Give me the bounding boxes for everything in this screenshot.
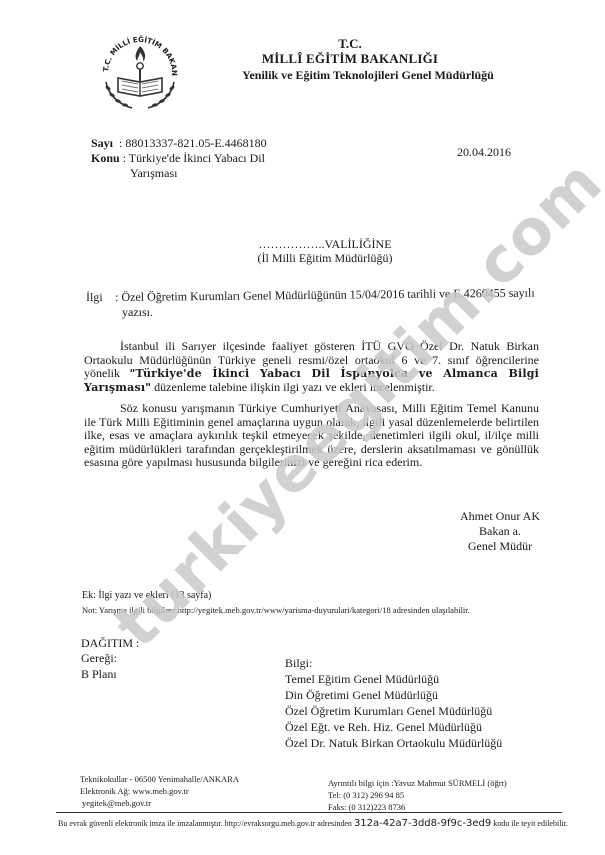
konu-label: Konu — [91, 151, 120, 165]
footer-website: Elektronik Ağ: www.meb.gov.tr — [80, 786, 189, 797]
letterhead: T.C. MİLLÎ EĞİTİM BAKANLIĞI Yenilik ve E… — [190, 36, 510, 83]
bilgi-list: Bilgi: Temel Eğitim Genel Müdürlüğü Din … — [285, 655, 502, 751]
bilgi-item: Özel Dr. Natuk Birkan Ortaokulu Müdürlüğ… — [285, 735, 502, 751]
verification-notice: Bu evrak güvenli elektronik imza ile imz… — [58, 818, 568, 829]
sayi-label: Sayı — [91, 136, 113, 150]
bilgi-item: Özel Öğretim Kurumları Genel Müdürlüğü — [285, 703, 502, 719]
konu-value: : Türkiye'de İkinci Yabacı Dil — [123, 151, 265, 165]
sayi-value: : 88013337-821.05-E.4468180 — [119, 136, 267, 150]
signature-block: Ahmet Onur AK Bakan a. Genel Müdür — [445, 509, 555, 554]
ilgi-label: İlgi — [86, 290, 103, 305]
bilgi-label: Bilgi: — [285, 655, 502, 671]
attachments: Ek: İlgi yazı ve ekleri (13 sayfa) — [82, 589, 211, 602]
contact-person: Ayrıntılı bilgi için :Yavuz Mahmut SÜRME… — [328, 778, 507, 789]
ilgi-text: : Özel Öğretim Kurumları Genel Müdürlüğü… — [115, 286, 535, 305]
country-label: T.C. — [190, 36, 510, 51]
body-paragraph-2: Söz konusu yarışmanın Türkiye Cumhuriyet… — [84, 402, 539, 470]
bilgi-item: Din Öğretimi Genel Müdürlüğü — [285, 687, 502, 703]
note: Not: Yarışma ilgili bilgilere http://yeg… — [82, 605, 470, 616]
directorate-name: Yenilik ve Eğitim Teknolojileri Genel Mü… — [226, 67, 510, 83]
gereği-item: B Planı — [81, 667, 117, 682]
addressee-line: ……………..VALİLİĞİNE — [250, 237, 400, 251]
footer-divider — [56, 812, 562, 813]
konu-value-cont: Yarışması — [130, 166, 177, 181]
official-letter: T.C. MİLLİ EĞİTİM BAKANLIĞI — [0, 0, 605, 855]
addressee-subline: (İl Milli Eğitim Müdürlüğü) — [250, 251, 400, 265]
addressee: ……………..VALİLİĞİNE (İl Milli Eğitim Müdür… — [250, 237, 400, 265]
verification-code: 312a-42a7-3dd8-9f9c-3ed9 — [354, 818, 491, 829]
gereği-label: Gereği: — [81, 651, 117, 666]
bilgi-item: Özel Eğt. ve Reh. Hiz. Genel Müdürlüğü — [285, 719, 502, 735]
subject: Konu : Türkiye'de İkinci Yabacı Dil — [91, 151, 265, 166]
bilgi-item: Temel Eğitim Genel Müdürlüğü — [285, 671, 502, 687]
signatory-role: Genel Müdür — [445, 539, 555, 554]
ministry-emblem-icon: T.C. MİLLİ EĞİTİM BAKANLIĞI — [96, 26, 184, 112]
contact-tel: Tel: (0 312) 296 94 85 — [328, 790, 404, 801]
footer-email: yegitek@meb.gov.tr — [82, 798, 151, 809]
document-date: 20.04.2016 — [457, 145, 511, 160]
footer-address: Teknikokullar - 06500 Yenimahalle/ANKARA — [80, 774, 239, 785]
signatory-title: Bakan a. — [445, 524, 555, 539]
ministry-name: MİLLÎ EĞİTİM BAKANLIĞI — [190, 51, 510, 67]
body-paragraph-1: İstanbul ili Sarıyer ilçesinde faaliyet … — [84, 340, 539, 394]
ilgi-text-cont: yazısı. — [122, 305, 153, 320]
signatory-name: Ahmet Onur AK — [445, 509, 555, 524]
distribution-title: DAĞITIM : — [81, 636, 139, 651]
reference-number: Sayı : 88013337-821.05-E.4468180 — [91, 136, 267, 151]
